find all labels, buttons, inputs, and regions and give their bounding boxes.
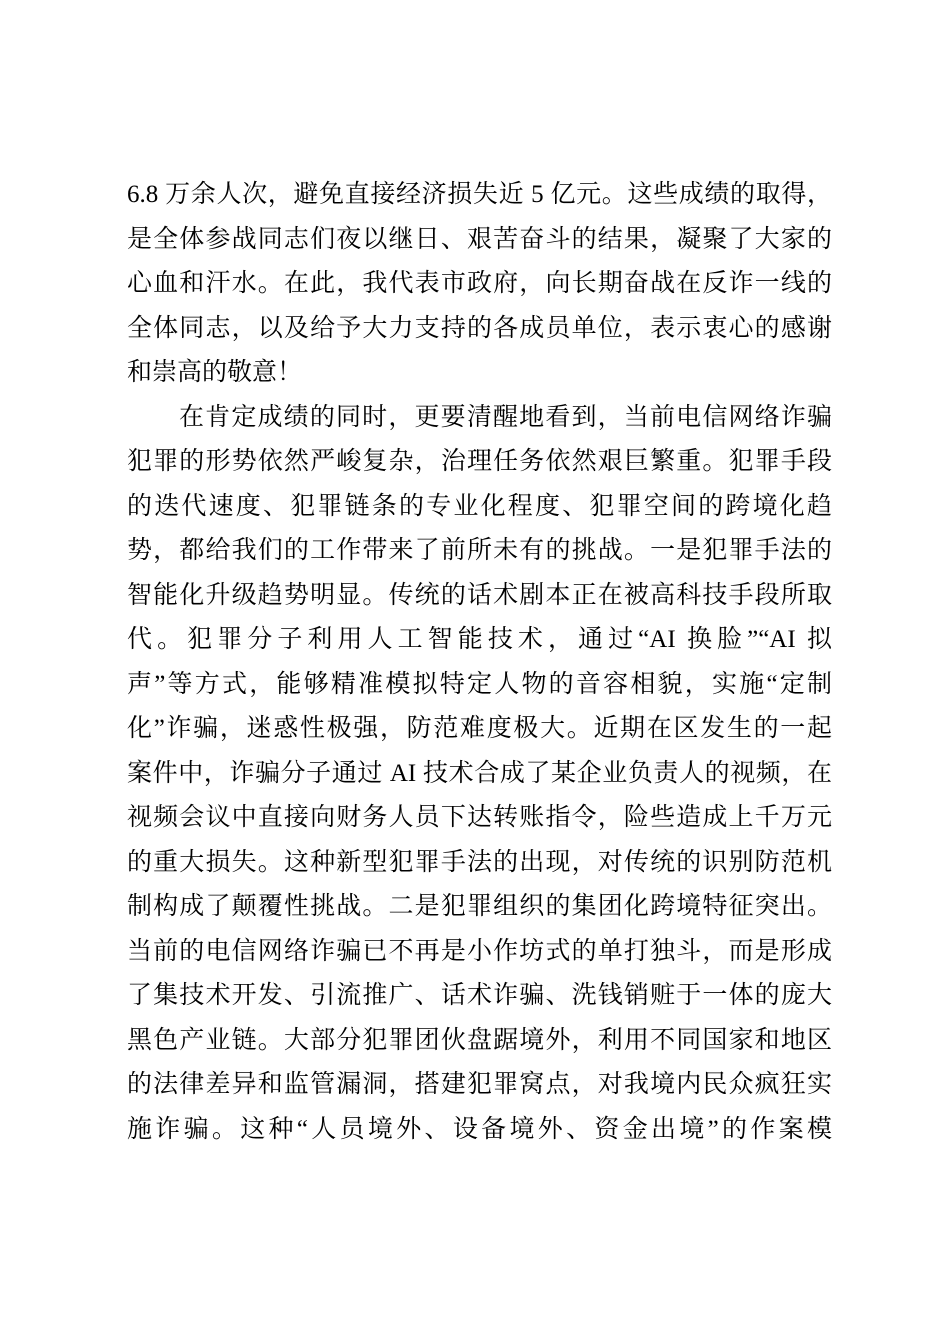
text-line: 案件中，诈骗分子通过 AI 技术合成了某企业负责人的视频，在 [127,752,832,797]
text-line: 的重大损失。这种新型犯罪手法的出现，对传统的识别防范机 [127,841,832,886]
paragraph-2: 在肯定成绩的同时，更要清醒地看到，当前电信网络诈骗 犯罪的形势依然严峻复杂，治理… [127,396,832,1153]
text-line: 化”诈骗，迷惑性极强，防范难度极大。近期在区发生的一起 [127,707,832,752]
text-line: 犯罪的形势依然严峻复杂，治理任务依然艰巨繁重。犯罪手段 [127,440,832,485]
text-line: 和崇高的敬意！ [127,351,832,396]
document-page: 6.8 万余人次，避免直接经济损失近 5 亿元。这些成绩的取得， 是全体参战同志… [0,0,950,1344]
text-line: 施诈骗。这种“人员境外、设备境外、资金出境”的作案模 [127,1108,832,1153]
text-line: 心血和汗水。在此，我代表市政府，向长期奋战在反诈一线的 [127,262,832,307]
text-line: 视频会议中直接向财务人员下达转账指令，险些造成上千万元 [127,796,832,841]
text-line: 势，都给我们的工作带来了前所未有的挑战。一是犯罪手法的 [127,529,832,574]
paragraph-1: 6.8 万余人次，避免直接经济损失近 5 亿元。这些成绩的取得， 是全体参战同志… [127,173,832,396]
document-text-block: 6.8 万余人次，避免直接经济损失近 5 亿元。这些成绩的取得， 是全体参战同志… [127,173,832,1152]
text-line: 代。犯罪分子利用人工智能技术，通过“AI 换脸”“AI 拟 [127,618,832,663]
text-line: 的法律差异和监管漏洞，搭建犯罪窝点，对我境内民众疯狂实 [127,1063,832,1108]
text-line: 是全体参战同志们夜以继日、艰苦奋斗的结果，凝聚了大家的 [127,218,832,263]
text-line: 智能化升级趋势明显。传统的话术剧本正在被高科技手段所取 [127,574,832,619]
text-line: 6.8 万余人次，避免直接经济损失近 5 亿元。这些成绩的取得， [127,173,832,218]
text-line: 的迭代速度、犯罪链条的专业化程度、犯罪空间的跨境化趋 [127,485,832,530]
text-line: 当前的电信网络诈骗已不再是小作坊式的单打独斗，而是形成 [127,930,832,975]
text-line: 在肯定成绩的同时，更要清醒地看到，当前电信网络诈骗 [127,396,832,441]
text-line: 声”等方式，能够精准模拟特定人物的音容相貌，实施“定制 [127,663,832,708]
text-line: 黑色产业链。大部分犯罪团伙盘踞境外，利用不同国家和地区 [127,1019,832,1064]
text-line: 全体同志，以及给予大力支持的各成员单位，表示衷心的感谢 [127,307,832,352]
text-line: 了集技术开发、引流推广、话术诈骗、洗钱销赃于一体的庞大 [127,974,832,1019]
text-line: 制构成了颠覆性挑战。二是犯罪组织的集团化跨境特征突出。 [127,885,832,930]
